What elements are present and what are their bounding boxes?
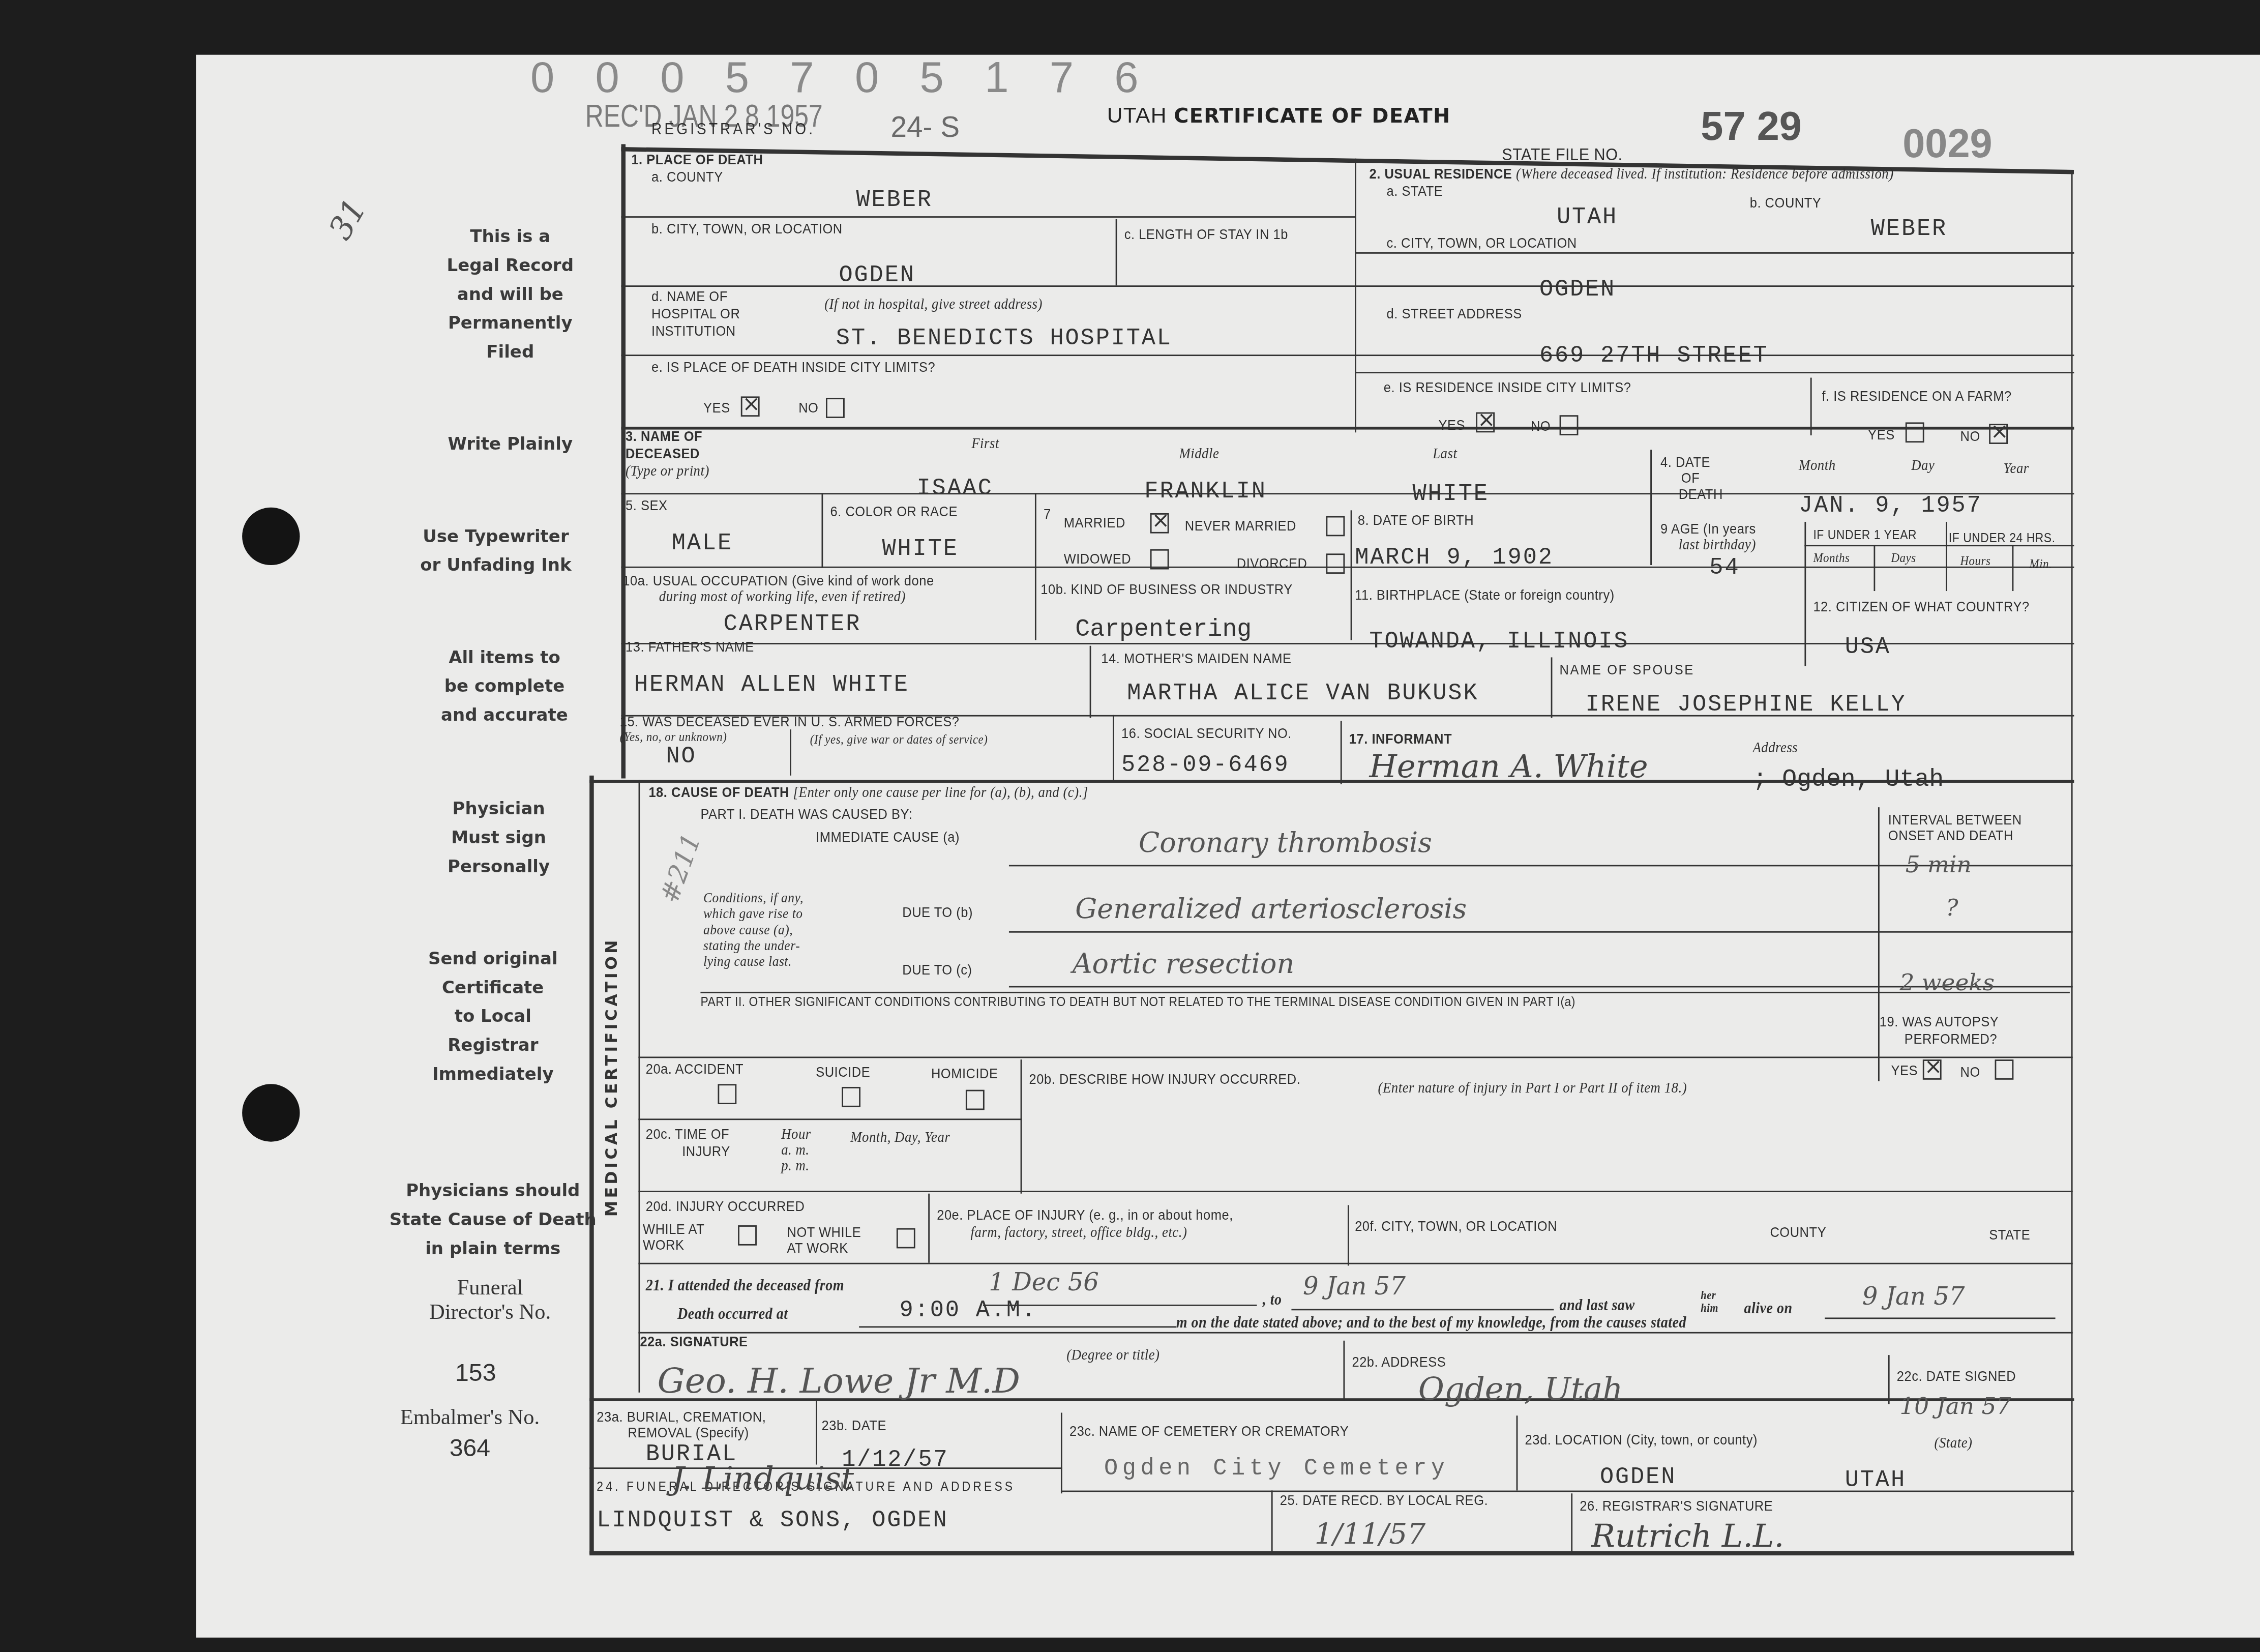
- armed-forces-value: NO: [666, 744, 696, 770]
- citizen-label: 12. CITIZEN OF WHAT COUNTRY?: [1813, 600, 2029, 615]
- date-recd-label: 25. DATE RECD. BY LOCAL REG.: [1280, 1493, 1488, 1509]
- immediate-cause-value: Coronary thrombosis: [1139, 828, 1432, 859]
- rule: [700, 992, 2069, 993]
- rule: [1810, 378, 1812, 435]
- rule: [790, 729, 791, 776]
- birthplace-label: 11. BIRTHPLACE (State or foreign country…: [1355, 588, 1615, 604]
- place-of-injury-label: 20e. PLACE OF INJURY (e. g., in or about…: [937, 1208, 1233, 1243]
- res-city-limits-yes-checkbox[interactable]: [1476, 412, 1495, 433]
- disposition-city-value: OGDEN: [1600, 1465, 1676, 1491]
- rule: [1271, 1491, 1273, 1554]
- rule: [1804, 545, 2074, 546]
- mother-value: MARTHA ALICE VAN BUKUSK: [1127, 681, 1478, 706]
- interval-c-value: 2 weeks: [1899, 969, 1995, 996]
- injury-city-label: 20f. CITY, TOWN, OR LOCATION: [1355, 1220, 1557, 1235]
- not-while-at-work-checkbox[interactable]: [897, 1228, 915, 1249]
- never-married-label: NEVER MARRIED: [1185, 519, 1296, 535]
- industry-label: 10b. KIND OF BUSINESS OR INDUSTRY: [1040, 582, 1292, 598]
- deceased-name-label: 3. NAME OFDECEASED(Type or print): [626, 430, 709, 482]
- married-label: MARRIED: [1064, 516, 1125, 532]
- rule: [1825, 1317, 2055, 1319]
- rule: [1343, 1341, 1345, 1401]
- middle-name-value: FRANKLIN: [1144, 479, 1266, 505]
- rule: [1341, 721, 1342, 784]
- divorced-checkbox[interactable]: [1326, 553, 1345, 574]
- death-city-value: OGDEN: [839, 262, 915, 288]
- age-value: 54: [1709, 555, 1740, 581]
- widowed-checkbox[interactable]: [1150, 549, 1169, 570]
- rule: [1348, 1205, 1349, 1265]
- rule: [1356, 252, 2074, 254]
- age-label: 9 AGE (In yearslast birthday): [1660, 522, 1756, 553]
- first-name-value: ISAAC: [917, 476, 993, 501]
- document-viewport: 0 0 0 5 7 0 5 1 7 6 REC'D JAN 2 8 1957 R…: [0, 0, 2260, 1652]
- form-border-left-bottom: [589, 776, 594, 1554]
- rule: [639, 1263, 2073, 1264]
- married-checkbox[interactable]: [1150, 513, 1169, 534]
- rule: [1291, 1309, 1554, 1310]
- rule: [1888, 1355, 1890, 1404]
- rule: [1116, 219, 1117, 285]
- injury-county-label: COUNTY: [1770, 1225, 1826, 1241]
- margin-send-original-note: Send originalCertificateto LocalRegistra…: [363, 944, 622, 1088]
- alive-on-label: alive on: [1744, 1300, 1792, 1317]
- margin-write-plainly: Write Plainly: [380, 430, 640, 459]
- middle-label: Middle: [1179, 447, 1219, 463]
- months-label: Months: [1813, 551, 1850, 565]
- funeral-director-signature: J. Lindquist: [672, 1462, 854, 1498]
- statement-text: m on the date stated above; and to the b…: [1176, 1315, 1686, 1332]
- days-label: Days: [1891, 551, 1916, 565]
- cause-of-death-label: 18. CAUSE OF DEATH [Enter only one cause…: [648, 786, 1088, 802]
- ssn-value: 528-09-6469: [1121, 752, 1290, 778]
- informant-address-value: ; Ogden, Utah: [1752, 767, 1944, 794]
- burial-date-value: 1/12/57: [842, 1448, 948, 1473]
- farm-no-checkbox[interactable]: [1989, 424, 2008, 444]
- dob-label: 8. DATE OF BIRTH: [1358, 513, 1474, 529]
- res-street-label: d. STREET ADDRESS: [1387, 307, 1522, 323]
- yes-label: YES: [1891, 1064, 1918, 1080]
- first-label: First: [971, 437, 999, 453]
- citizen-value: USA: [1845, 634, 1891, 660]
- while-at-work-label: WHILE ATWORK: [643, 1222, 704, 1254]
- rule: [1516, 1415, 1518, 1490]
- rule: [639, 1332, 2073, 1334]
- rule: [1061, 1491, 2074, 1492]
- accident-checkbox[interactable]: [718, 1084, 736, 1104]
- rule: [639, 1056, 2073, 1058]
- county-label: a. COUNTY: [651, 170, 723, 186]
- punch-hole-top: [242, 508, 300, 565]
- day-label: Day: [1911, 458, 1935, 474]
- embalmer-no-label: Embalmer's No.: [326, 1407, 614, 1431]
- conditions-label: Conditions, if any,which gave rise toabo…: [703, 891, 804, 970]
- armed-forces-hint-a: (Yes, no, or unknown): [620, 729, 727, 744]
- her-him-label: herhim: [1701, 1289, 1718, 1315]
- date-of-death-label: 4. DATEOFDEATH: [1660, 456, 1723, 504]
- rule: [621, 355, 2074, 356]
- rule: [1113, 715, 1114, 781]
- funeral-home-value: LINDQUIST & SONS, OGDEN: [597, 1508, 948, 1534]
- res-city-label: c. CITY, TOWN, OR LOCATION: [1387, 237, 1577, 252]
- ssn-label: 16. SOCIAL SECURITY NO.: [1121, 726, 1292, 742]
- father-value: HERMAN ALLEN WHITE: [634, 672, 909, 698]
- rule: [859, 1326, 1176, 1327]
- armed-forces-label: 15. WAS DECEASED EVER IN U. S. ARMED FOR…: [620, 715, 960, 731]
- registrar-no: 24- S: [891, 112, 960, 145]
- disposition-state-label: (State): [1934, 1436, 1972, 1452]
- rule: [1874, 545, 1875, 591]
- physician-address-value: Ogden, Utah: [1418, 1372, 1623, 1408]
- no-label: NO: [798, 401, 818, 417]
- widowed-label: WIDOWED: [1064, 552, 1132, 568]
- farm-yes-checkbox[interactable]: [1906, 422, 1924, 442]
- part1-label: PART I. DEATH WAS CAUSED BY:: [700, 807, 912, 823]
- death-time-value: 9:00 A.M.: [900, 1297, 1037, 1323]
- autopsy-yes-checkbox[interactable]: [1923, 1059, 1942, 1080]
- min-label: Min.: [2030, 556, 2053, 571]
- rule: [821, 493, 823, 568]
- date-signed-value: 10 Jan 57: [1899, 1393, 2011, 1420]
- rule: [621, 567, 2074, 568]
- margin-complete-note: All items tobe completeand accurate: [375, 643, 634, 729]
- certificate-title: UTAH CERTIFICATE OF DEATH: [1107, 104, 1451, 128]
- form-border-right: [2071, 170, 2073, 1554]
- rule: [1009, 931, 2073, 933]
- rule: [639, 1191, 2073, 1192]
- funeral-director-no: 153: [332, 1361, 620, 1385]
- burial-label: 23a. BURIAL, CREMATION,REMOVAL (Specify): [597, 1410, 766, 1441]
- year-label: Year: [2004, 461, 2029, 477]
- physician-signature: Geo. H. Lowe Jr M.D: [657, 1361, 1020, 1401]
- interval-b-value: ?: [1946, 894, 1958, 921]
- rule: [1356, 372, 2074, 373]
- rule: [1351, 510, 1352, 640]
- usual-residence-label: 2. USUAL RESIDENCE (Where deceased lived…: [1369, 167, 1893, 183]
- due-to-c-label: DUE TO (c): [902, 963, 972, 979]
- death-occurred-label: Death occurred at: [677, 1306, 788, 1323]
- rule: [2012, 545, 2014, 591]
- rule: [1571, 1493, 1572, 1554]
- interval-a-value: 5 min: [1906, 850, 1972, 878]
- race-label: 6. COLOR OR RACE: [830, 505, 958, 520]
- yes-label: YES: [1868, 428, 1895, 444]
- last-saw-date-value: 9 Jan 57: [1862, 1283, 1965, 1312]
- farm-label: f. IS RESIDENCE ON A FARM?: [1822, 389, 2011, 405]
- race-value: WHITE: [882, 536, 959, 562]
- signature-label: 22a. SIGNATURE: [640, 1335, 748, 1350]
- homicide-checkbox[interactable]: [966, 1090, 985, 1110]
- rule: [1090, 646, 1091, 718]
- due-to-c-value: Aortic resection: [1073, 949, 1294, 980]
- death-county-value: WEBER: [856, 187, 933, 213]
- immediate-cause-label: IMMEDIATE CAUSE (a): [816, 830, 960, 846]
- rule: [816, 1401, 817, 1465]
- never-married-checkbox[interactable]: [1326, 516, 1345, 537]
- sex-label: 5. SEX: [626, 499, 667, 515]
- occupation-label: 10a. USUAL OCCUPATION (Give kind of work…: [622, 574, 934, 605]
- mdy-label: Month, Day, Year: [850, 1130, 950, 1146]
- disposition-state-value: UTAH: [1845, 1467, 1906, 1493]
- state-file-no-b: 0029: [1902, 121, 1993, 167]
- margin-plain-terms-note: Physicians shouldState Cause of Deathin …: [363, 1176, 622, 1263]
- registrar-no-label: REGISTRAR'S NO.: [651, 121, 815, 138]
- title-main: CERTIFICATE OF DEATH: [1174, 105, 1450, 128]
- rule: [1021, 1059, 1022, 1194]
- rule: [1061, 1413, 1062, 1494]
- while-at-work-checkbox[interactable]: [738, 1225, 757, 1246]
- not-while-at-work-label: NOT WHILEAT WORK: [787, 1225, 861, 1257]
- form-border-bottom: [589, 1551, 2074, 1556]
- divider-col1-col2: [1355, 159, 1356, 432]
- margin-legal-note: This is aLegal Recordand will bePermanen…: [380, 222, 640, 366]
- res-county-value: WEBER: [1871, 216, 1947, 242]
- dob-value: MARCH 9, 1902: [1355, 545, 1554, 571]
- hour-label: Houra. m.p. m.: [781, 1127, 811, 1175]
- mother-label: 14. MOTHER'S MAIDEN NAME: [1101, 652, 1291, 667]
- punch-hole-bottom: [242, 1084, 300, 1141]
- informant-address-label: Address: [1752, 741, 1798, 757]
- res-city-limits-no-checkbox[interactable]: [1560, 415, 1579, 435]
- rule: [1946, 522, 1947, 591]
- rule: [1551, 657, 1553, 718]
- state-file-no-a: 57 29: [1701, 104, 1802, 150]
- cemetery-value: Ogden City Cemetery: [1104, 1456, 1449, 1482]
- attended-to-value: 9 Jan 57: [1303, 1273, 1406, 1302]
- title-prefix: UTAH: [1107, 104, 1167, 128]
- due-to-b-label: DUE TO (b): [902, 905, 973, 921]
- autopsy-label: 19. WAS AUTOPSYPERFORMED?: [1880, 1015, 1999, 1049]
- under-1-year-label: IF UNDER 1 YEAR: [1813, 527, 1917, 542]
- informant-label: 17. INFORMANT: [1349, 732, 1452, 748]
- industry-value: Carpentering: [1075, 617, 1252, 644]
- injury-occurred-label: 20d. INJURY OCCURRED: [646, 1199, 805, 1215]
- rule: [621, 216, 1356, 218]
- no-label: NO: [1960, 1065, 1980, 1081]
- physician-address-label: 22b. ADDRESS: [1352, 1355, 1446, 1371]
- res-city-value: OGDEN: [1539, 277, 1616, 303]
- suicide-checkbox[interactable]: [842, 1087, 860, 1107]
- death-city-limits-label: e. IS PLACE OF DEATH INSIDE CITY LIMITS?: [651, 361, 935, 376]
- rule: [639, 780, 640, 1393]
- death-city-limits-yes-checkbox[interactable]: [741, 396, 760, 417]
- death-city-limits-no-checkbox[interactable]: [826, 398, 845, 418]
- rule: [639, 1118, 1022, 1120]
- last-name-value: WHITE: [1413, 482, 1489, 508]
- no-label: NO: [1960, 430, 1980, 446]
- hospital-value: ST. BENEDICTS HOSPITAL: [836, 326, 1172, 352]
- time-of-injury-label: 20c. TIME OFINJURY: [646, 1127, 730, 1162]
- hospital-label: d. NAME OFHOSPITAL ORINSTITUTION: [651, 290, 740, 342]
- armed-forces-hint-b: (If yes, give war or dates of service): [810, 732, 988, 747]
- res-county-label: b. COUNTY: [1750, 196, 1822, 212]
- accident-label: 20a. ACCIDENT: [646, 1063, 744, 1078]
- father-label: 13. FATHER'S NAME: [626, 640, 754, 656]
- embalmer-no: 364: [326, 1436, 614, 1460]
- rule: [928, 1194, 930, 1263]
- due-to-b-value: Generalized arteriosclerosis: [1075, 894, 1467, 925]
- month-label: Month: [1799, 458, 1835, 474]
- last-label: Last: [1433, 447, 1457, 463]
- injury-how-label: 20b. DESCRIBE HOW INJURY OCCURRED.: [1029, 1073, 1301, 1088]
- informant-signature: Herman A. White: [1369, 750, 1648, 786]
- yes-label: YES: [1439, 418, 1466, 434]
- spouse-label: NAME OF SPOUSE: [1560, 663, 1694, 679]
- birthplace-value: TOWANDA, ILLINOIS: [1369, 629, 1629, 655]
- injury-how-hint: (Enter nature of injury in Part I or Par…: [1378, 1081, 1687, 1097]
- res-state-label: a. STATE: [1387, 185, 1443, 200]
- registrar-signature-label: 26. REGISTRAR'S SIGNATURE: [1580, 1499, 1773, 1515]
- to-label: , to: [1263, 1291, 1282, 1309]
- serial-stamp: 0 0 0 5 7 0 5 1 7 6: [530, 55, 1153, 104]
- sex-value: MALE: [672, 530, 733, 556]
- injury-state-label: STATE: [1989, 1228, 2030, 1244]
- autopsy-no-checkbox[interactable]: [1995, 1059, 2014, 1080]
- interval-label: INTERVAL BETWEENONSET AND DEATH: [1888, 813, 2022, 844]
- res-city-limits-label: e. IS RESIDENCE INSIDE CITY LIMITS?: [1384, 380, 1631, 396]
- date-signed-label: 22c. DATE SIGNED: [1897, 1369, 2016, 1385]
- spouse-value: IRENE JOSEPHINE KELLY: [1586, 692, 1907, 718]
- last-saw-label: and last saw: [1560, 1297, 1635, 1315]
- registrar-signature: Rutrich L.L.: [1591, 1519, 1784, 1555]
- res-street-value: 669 27TH STREET: [1539, 343, 1769, 369]
- part2-label: PART II. OTHER SIGNIFICANT CONDITIONS CO…: [700, 995, 1575, 1009]
- date-of-death-value: JAN. 9, 1957: [1799, 493, 1982, 519]
- res-state-value: UTAH: [1557, 204, 1618, 230]
- cemetery-label: 23c. NAME OF CEMETERY OR CREMATORY: [1069, 1424, 1349, 1440]
- disposition-location-label: 23d. LOCATION (City, town, or county): [1525, 1433, 1758, 1449]
- medical-certification-label: MEDICAL CERTIFICATION: [603, 937, 621, 1217]
- burial-date-label: 23b. DATE: [821, 1419, 886, 1434]
- hours-label: Hours: [1960, 553, 1991, 568]
- margin-typewriter-note: Use Typewriteror Unfading Ink: [366, 522, 626, 579]
- rule: [621, 427, 2074, 430]
- yes-label: YES: [703, 401, 730, 417]
- divorced-label: DIVORCED: [1237, 556, 1307, 572]
- no-label: NO: [1531, 420, 1551, 435]
- suicide-label: SUICIDE: [816, 1065, 870, 1081]
- degree-label: (Degree or title): [1066, 1348, 1159, 1364]
- homicide-label: HOMICIDE: [931, 1067, 998, 1082]
- place-of-death-label: 1. PLACE OF DEATH: [631, 153, 763, 168]
- date-recd-value: 1/11/57: [1315, 1517, 1426, 1551]
- marital-number: 7: [1044, 508, 1051, 523]
- hospital-hint: (If not in hospital, give street address…: [824, 297, 1043, 313]
- form-border-left-top: [621, 144, 626, 778]
- rule: [1650, 450, 1652, 565]
- attended-from-value: 1 Dec 56: [989, 1268, 1099, 1297]
- attended-label: 21. I attended the deceased from: [646, 1277, 844, 1294]
- death-city-label: b. CITY, TOWN, OR LOCATION: [651, 222, 843, 238]
- length-of-stay-label: c. LENGTH OF STAY IN 1b: [1124, 228, 1288, 244]
- under-24-hrs-label: IF UNDER 24 HRS.: [1949, 530, 2056, 545]
- occupation-value: CARPENTER: [724, 611, 861, 637]
